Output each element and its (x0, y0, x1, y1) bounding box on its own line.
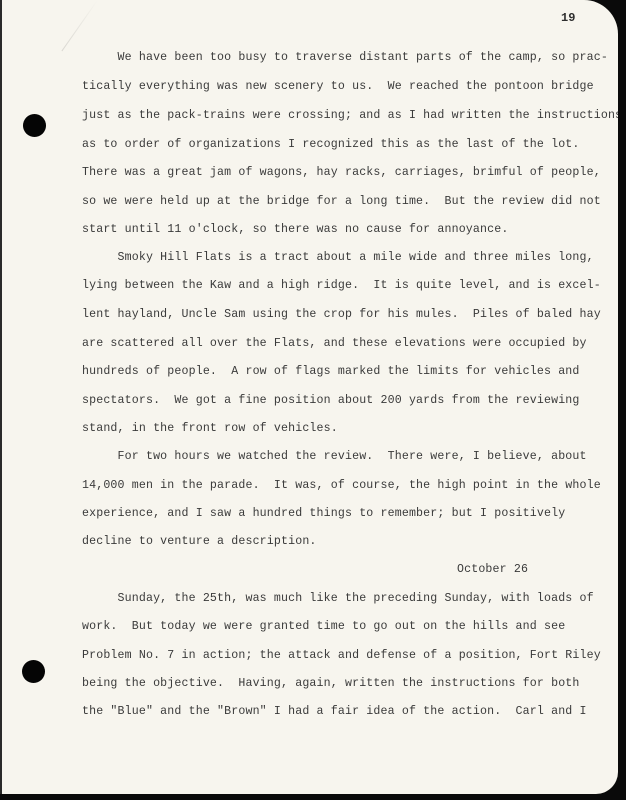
punch-hole-top (23, 114, 46, 137)
typewritten-page: 19 We have been too busy to traverse dis… (0, 0, 618, 794)
text-line: lent hayland, Uncle Sam using the crop f… (82, 308, 601, 321)
page-number: 19 (561, 11, 575, 25)
text-line: just as the pack-trains were crossing; a… (82, 109, 618, 122)
text-line: 14,000 men in the parade. It was, of cou… (82, 479, 601, 492)
text-line: We have been too busy to traverse distan… (82, 51, 608, 64)
punch-hole-bottom (22, 660, 45, 683)
text-line: so we were held up at the bridge for a l… (82, 195, 601, 208)
text-line: Sunday, the 25th, was much like the prec… (82, 592, 594, 605)
date-heading: October 26 (457, 563, 528, 576)
text-line: There was a great jam of wagons, hay rac… (82, 166, 601, 179)
text-line: as to order of organizations I recognize… (82, 138, 580, 151)
text-line: spectators. We got a fine position about… (82, 394, 580, 407)
text-line: For two hours we watched the review. The… (82, 450, 587, 463)
text-line: Smoky Hill Flats is a tract about a mile… (82, 251, 594, 264)
text-line: lying between the Kaw and a high ridge. … (82, 279, 601, 292)
text-line: decline to venture a description. (82, 535, 317, 548)
text-line: being the objective. Having, again, writ… (82, 677, 580, 690)
text-line: tically everything was new scenery to us… (82, 80, 594, 93)
text-line: start until 11 o'clock, so there was no … (82, 223, 508, 236)
body-text: We have been too busy to traverse distan… (82, 0, 110, 416)
text-line: experience, and I saw a hundred things t… (82, 507, 565, 520)
text-line: hundreds of people. A row of flags marke… (82, 365, 580, 378)
text-line: work. But today we were granted time to … (82, 620, 565, 633)
text-line: Problem No. 7 in action; the attack and … (82, 649, 601, 662)
text-line: are scattered all over the Flats, and th… (82, 337, 587, 350)
text-line: stand, in the front row of vehicles. (82, 422, 338, 435)
text-line: the "Blue" and the "Brown" I had a fair … (82, 705, 587, 718)
